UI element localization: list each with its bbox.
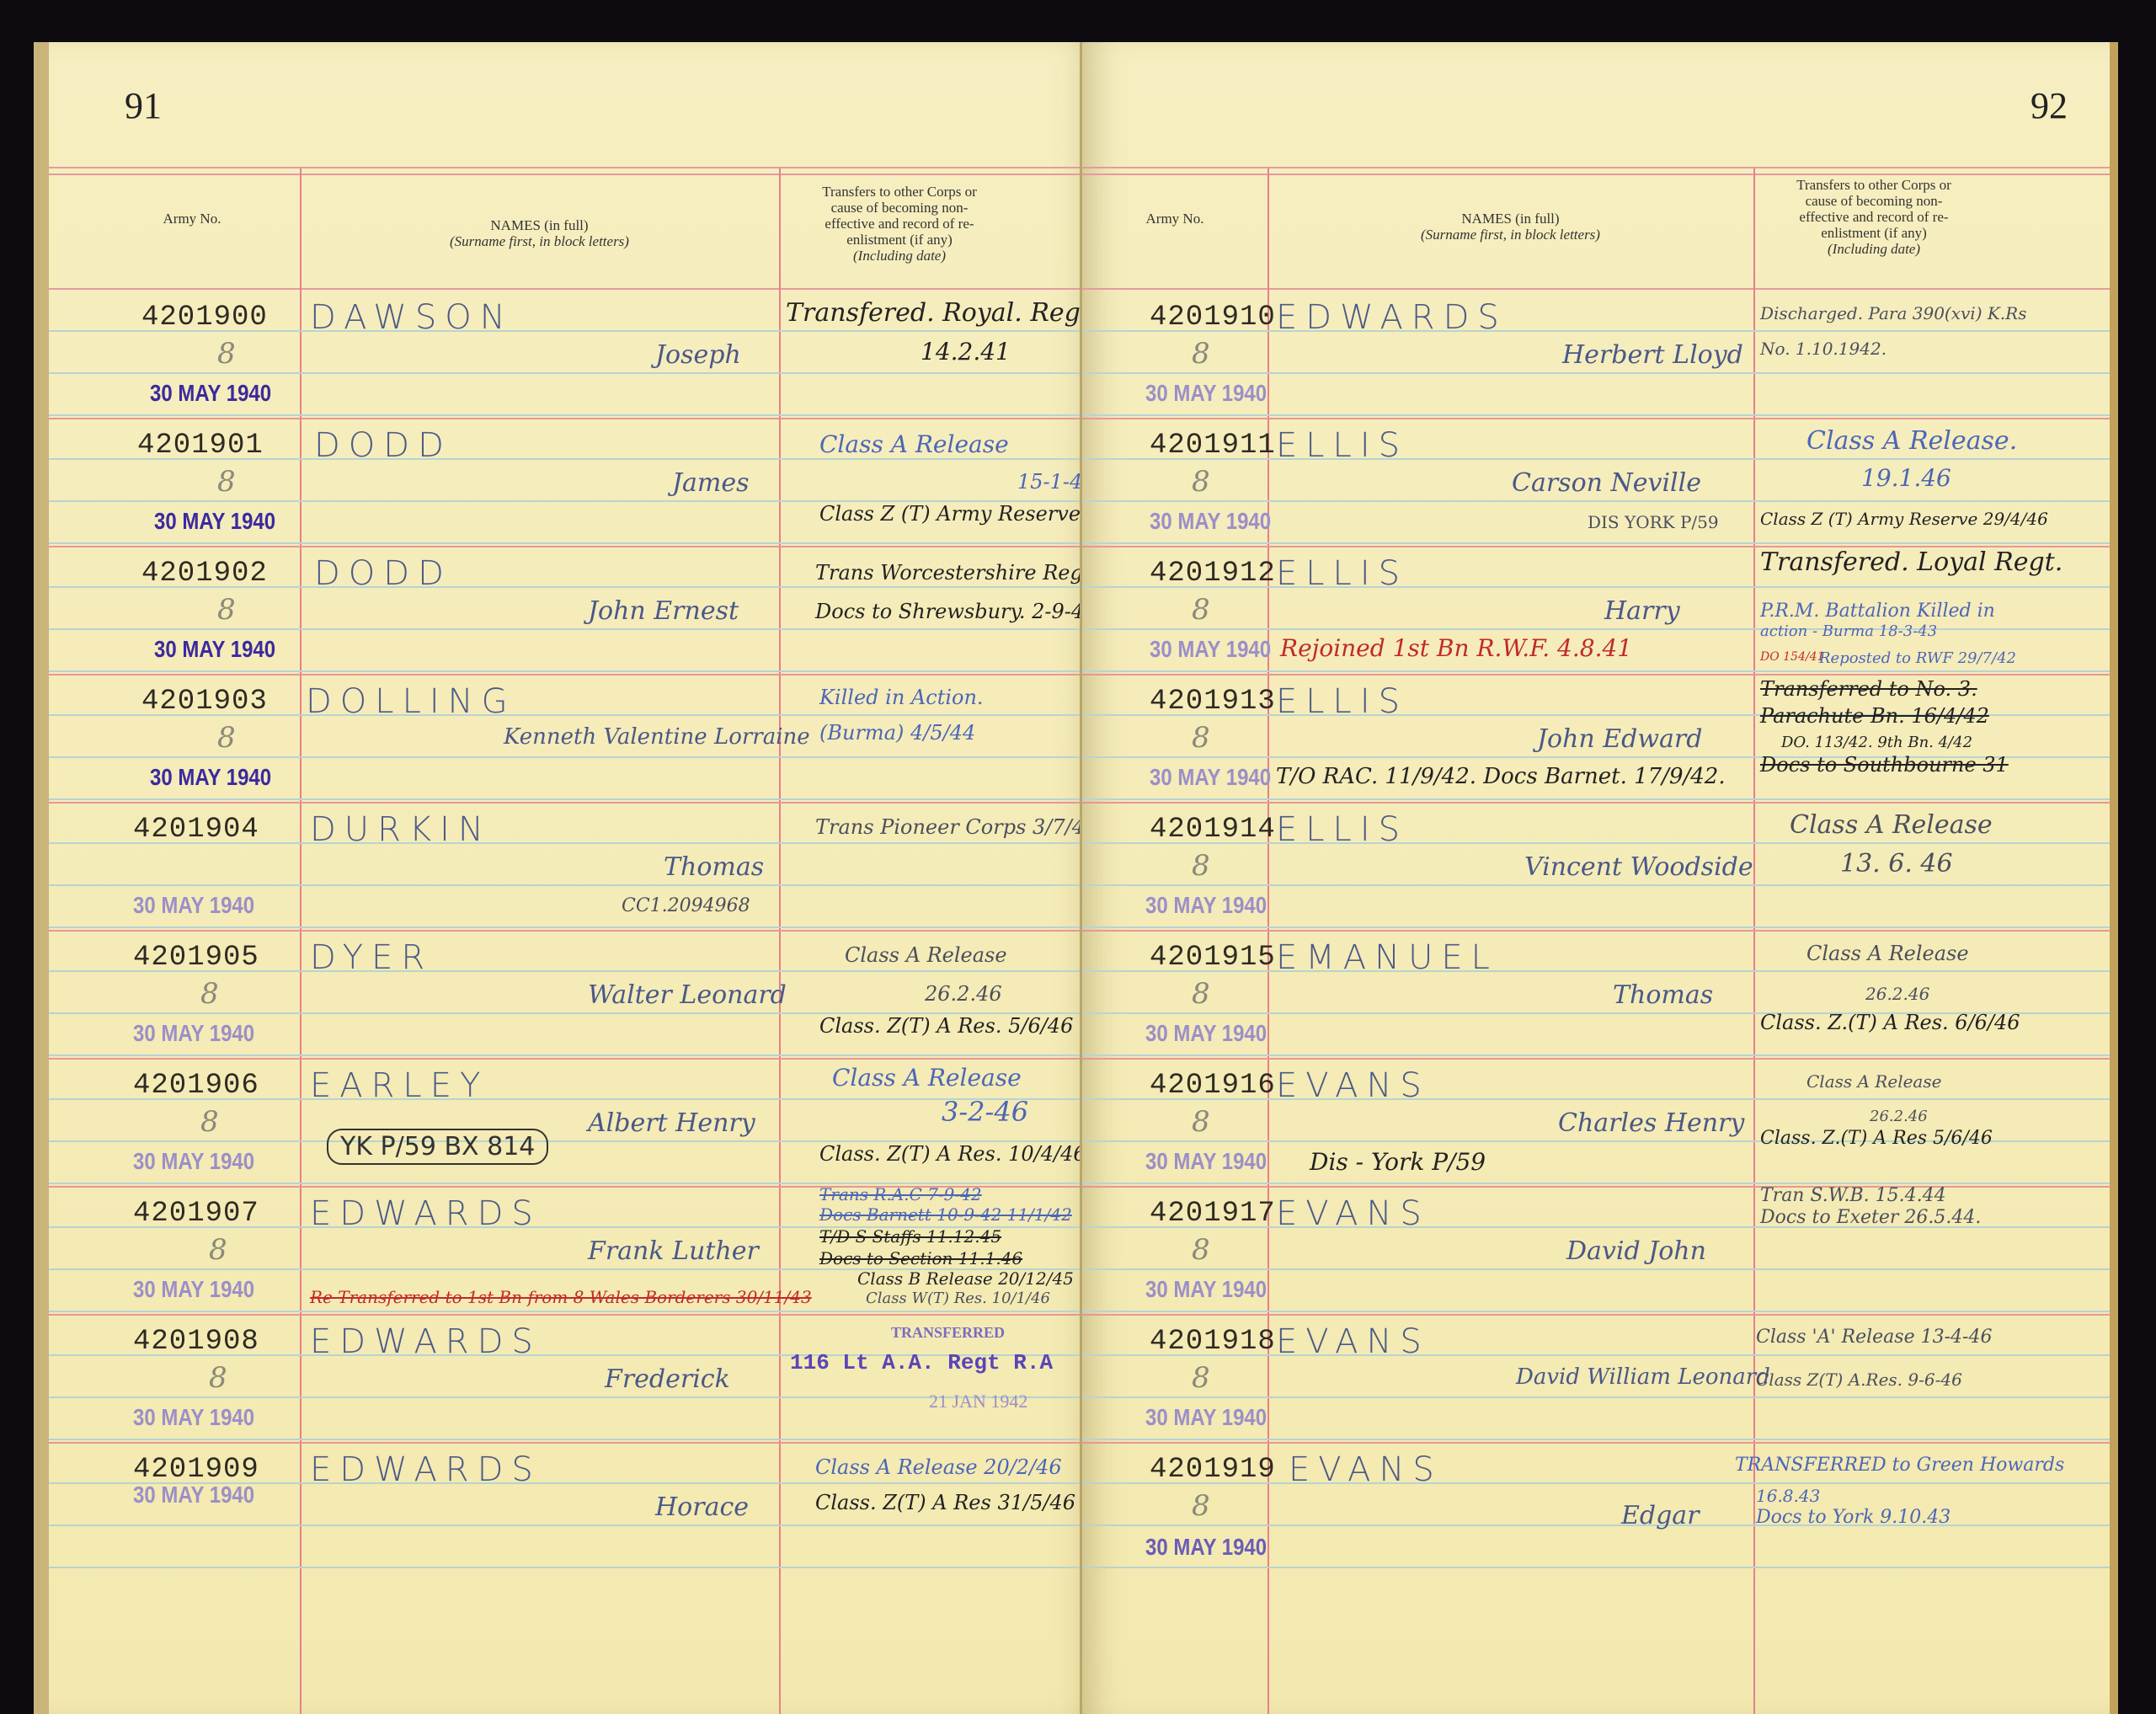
sub-number: 8 bbox=[1192, 1361, 1210, 1395]
transfer-date: 26.2.46 bbox=[1865, 982, 1929, 1006]
table-row: 4201912 8 30 MAY 1940 ELLIS Harry Rejoin… bbox=[1082, 546, 2110, 675]
transfer-note: Class. Z(T) A Res 31/5/46 bbox=[815, 1491, 1075, 1514]
sub-number: 8 bbox=[209, 1233, 227, 1267]
date-stamp: 30 MAY 1940 bbox=[1145, 1277, 1267, 1304]
army-number: 4201909 bbox=[133, 1454, 259, 1486]
transfer-note: action - Burma 18-3-43 bbox=[1760, 620, 1937, 643]
transfer-note: Discharged. Para 390(xvi) K.Rs bbox=[1760, 302, 2026, 325]
transfer-note: Class A Release bbox=[1790, 814, 1993, 837]
sub-number: 8 bbox=[217, 721, 236, 755]
surname: ELLIS bbox=[1276, 426, 1408, 465]
army-number: 4201901 bbox=[137, 430, 264, 462]
army-number: 4201914 bbox=[1150, 814, 1276, 846]
transfer-date: 16.8.43 bbox=[1756, 1484, 1820, 1508]
sub-number: 8 bbox=[217, 593, 236, 627]
date-stamp: 30 MAY 1940 bbox=[1145, 1405, 1267, 1432]
date-stamp: 30 MAY 1940 bbox=[1145, 1535, 1267, 1562]
transfer-note: Reposted to RWF 29/7/42 bbox=[1819, 647, 2016, 670]
transfer-note: T/D S Staffs 11.12.45 bbox=[819, 1225, 1001, 1248]
table-row: 4201917 8 30 MAY 1940 EVANS David John T… bbox=[1082, 1186, 2110, 1316]
date-stamp: 30 MAY 1940 bbox=[150, 381, 271, 408]
right-page: 92 Army No. NAMES (in full) (Surname fir… bbox=[1082, 42, 2118, 1714]
date-stamp: 30 MAY 1940 bbox=[133, 1277, 254, 1304]
table-row: 4201904 30 MAY 1940 DURKIN Thomas CC1.20… bbox=[49, 802, 1097, 932]
transfers-header: Transfers to other Corps or cause of bec… bbox=[1785, 177, 1962, 257]
forenames: Kenneth Valentine Lorraine bbox=[504, 724, 810, 750]
army-number: 4201910 bbox=[1150, 302, 1276, 334]
transfer-date: 26.2.46 bbox=[1870, 1105, 1928, 1129]
table-row: 4201903 8 30 MAY 1940 DOLLING Kenneth Va… bbox=[49, 674, 1097, 804]
surname: EVANS bbox=[1276, 1066, 1430, 1105]
table-row: 4201919 8 30 MAY 1940 EVANS Edgar TRANSF… bbox=[1082, 1442, 2110, 1570]
army-no-header: Army No. bbox=[158, 211, 226, 227]
date-stamp: 30 MAY 1940 bbox=[1150, 509, 1271, 536]
surname: EARLEY bbox=[310, 1066, 488, 1105]
forenames: Vincent Woodside bbox=[1524, 852, 1753, 882]
surname: EVANS bbox=[1276, 1194, 1430, 1233]
transfer-note: Tran S.W.B. 15.4.44 bbox=[1760, 1184, 1946, 1208]
surname: DODD bbox=[314, 426, 452, 465]
table-row: 4201911 8 30 MAY 1940 ELLIS Carson Nevil… bbox=[1082, 418, 2110, 547]
surname: EDWARDS bbox=[310, 1450, 542, 1489]
forenames: Thomas bbox=[1613, 980, 1713, 1010]
transfer-note: Trans Pioneer Corps 3/7/43 bbox=[815, 815, 1097, 839]
army-number: 4201916 bbox=[1150, 1070, 1276, 1102]
transfer-note: Class. Z(T) A Res. 10/4/46 bbox=[819, 1142, 1086, 1166]
red-annotation: Re Transferred to 1st Bn from 8 Wales Bo… bbox=[310, 1285, 812, 1309]
army-number: 4201913 bbox=[1150, 686, 1276, 718]
army-number: 4201917 bbox=[1150, 1198, 1276, 1230]
forenames: Frank Luther bbox=[588, 1236, 759, 1266]
transfer-note: Class. Z.(T) A Res 5/6/46 bbox=[1760, 1127, 1993, 1151]
surname: EMANUEL bbox=[1276, 938, 1498, 977]
date-stamp: 30 MAY 1940 bbox=[133, 1021, 254, 1048]
army-number: 4201911 bbox=[1150, 430, 1276, 462]
table-row: 4201914 8 30 MAY 1940 ELLIS Vincent Wood… bbox=[1082, 802, 2110, 932]
table-row: 4201906 8 30 MAY 1940 EARLEY Albert Henr… bbox=[49, 1058, 1097, 1188]
transfer-note: Docs to York 9.10.43 bbox=[1756, 1506, 1951, 1530]
transfer-note: Class. Z(T) A Res. 5/6/46 bbox=[819, 1014, 1073, 1038]
transfer-note: TRANSFERRED to Green Howards bbox=[1735, 1454, 2064, 1477]
transfer-note: Docs Barnett 10-9-42 11/1/42 bbox=[819, 1203, 1072, 1226]
army-number: 4201908 bbox=[133, 1326, 259, 1358]
transfer-note: Class 'A' Release 13-4-46 bbox=[1756, 1326, 1992, 1349]
date-stamp: 30 MAY 1940 bbox=[1150, 765, 1271, 792]
surname: EDWARDS bbox=[310, 1194, 542, 1233]
transfer-note: Class A Release bbox=[845, 943, 1007, 967]
surname: DURKIN bbox=[310, 810, 492, 849]
page-number: 92 bbox=[2031, 84, 2068, 127]
transfer-note: (Burma) 4/5/44 bbox=[819, 721, 975, 745]
transfer-note: Class W(T) Res. 10/1/46 bbox=[866, 1287, 1050, 1311]
army-number: 4201900 bbox=[141, 302, 268, 334]
forenames: James bbox=[672, 468, 750, 498]
date-stamp: 30 MAY 1940 bbox=[1145, 1021, 1267, 1048]
transfer-note: Docs to Shrewsbury. 2-9-44 bbox=[815, 600, 1097, 623]
surname: DYER bbox=[310, 938, 433, 977]
transfer-note: Transfered. Loyal Regt. bbox=[1760, 551, 2063, 574]
transfer-note: Docs to Exeter 26.5.44. bbox=[1760, 1206, 1981, 1230]
date-stamp: 30 MAY 1940 bbox=[133, 893, 254, 920]
forenames: Joseph bbox=[655, 340, 741, 370]
transfer-note: Class Z(T) A.Res. 9-6-46 bbox=[1756, 1368, 1962, 1391]
date-stamp: 30 MAY 1940 bbox=[150, 765, 271, 792]
table-row: 4201910 8 30 MAY 1940 EDWARDS Herbert Ll… bbox=[1082, 290, 2110, 419]
header-rule bbox=[49, 167, 1097, 175]
date-stamp: 30 MAY 1940 bbox=[133, 1482, 254, 1509]
forenames: John Edward bbox=[1537, 724, 1702, 754]
sub-number: 8 bbox=[217, 465, 236, 499]
forenames: Horace bbox=[655, 1492, 749, 1522]
ledger-book: 91 Army No. NAMES (in full) (Surname fir… bbox=[0, 25, 2122, 1714]
table-row: 4201905 8 30 MAY 1940 DYER Walter Leonar… bbox=[49, 930, 1097, 1060]
table-row: 4201915 8 30 MAY 1940 EMANUEL Thomas Cla… bbox=[1082, 930, 2110, 1060]
left-page: 91 Army No. NAMES (in full) (Surname fir… bbox=[34, 42, 1097, 1714]
surname: ELLIS bbox=[1276, 682, 1408, 721]
reference-note: DIS YORK P/59 bbox=[1588, 510, 1719, 534]
army-number: 4201904 bbox=[133, 814, 259, 846]
date-stamp: 30 MAY 1940 bbox=[154, 509, 275, 536]
transfer-note: Class A Release bbox=[1806, 942, 1969, 965]
sub-number: 8 bbox=[1192, 1233, 1210, 1267]
transfer-note: DO. 113/42. 9th Bn. 4/42 bbox=[1781, 731, 1972, 755]
forenames: David John bbox=[1566, 1236, 1706, 1266]
transfer-note: Class. Z.(T) A Res. 6/6/46 bbox=[1760, 1011, 2020, 1034]
reference-note: CC1.2094968 bbox=[622, 894, 750, 918]
transfer-note: Parachute Bn. 16/4/42 bbox=[1760, 704, 1989, 728]
army-no-header: Army No. bbox=[1133, 211, 1217, 227]
army-number: 4201918 bbox=[1150, 1326, 1276, 1358]
forenames: Albert Henry bbox=[588, 1108, 755, 1138]
army-number: 4201906 bbox=[133, 1070, 259, 1102]
red-annotation: Rejoined 1st Bn R.W.F. 4.8.41 bbox=[1280, 637, 1632, 660]
army-number: 4201905 bbox=[133, 942, 259, 974]
transfers-header: Transfers to other Corps or cause of bec… bbox=[811, 184, 988, 264]
sub-number: 8 bbox=[1192, 593, 1210, 627]
forenames: David William Leonard bbox=[1516, 1364, 1770, 1390]
transfer-date: 14.2.41 bbox=[921, 340, 1011, 364]
sub-number: 8 bbox=[1192, 1105, 1210, 1139]
transfer-date: 13. 6. 46 bbox=[1840, 852, 1953, 876]
date-stamp: 30 MAY 1940 bbox=[1145, 893, 1267, 920]
date-stamp: 30 MAY 1940 bbox=[133, 1405, 254, 1432]
circled-reference: YK P/59 BX 814 bbox=[327, 1135, 548, 1160]
forenames: Charles Henry bbox=[1558, 1108, 1744, 1138]
date-stamp: 30 MAY 1940 bbox=[1145, 1149, 1267, 1176]
transferred-stamp: TRANSFERRED bbox=[891, 1321, 1005, 1344]
date-stamp: 30 MAY 1940 bbox=[133, 1149, 254, 1176]
forenames: Edgar bbox=[1621, 1501, 1700, 1530]
table-row: 4201908 8 30 MAY 1940 EDWARDS Frederick … bbox=[49, 1314, 1097, 1444]
army-number: 4201912 bbox=[1150, 558, 1276, 590]
sub-number: 8 bbox=[1192, 337, 1210, 371]
header-rule bbox=[1082, 167, 2110, 175]
table-row: 4201907 8 30 MAY 1940 EDWARDS Frank Luth… bbox=[49, 1186, 1097, 1316]
transfer-date: 26.2.46 bbox=[925, 982, 1002, 1006]
page-number: 91 bbox=[125, 84, 162, 127]
forenames: John Ernest bbox=[588, 596, 739, 626]
sub-number: 8 bbox=[200, 1105, 219, 1139]
table-row: 4201916 8 30 MAY 1940 EVANS Charles Henr… bbox=[1082, 1058, 2110, 1188]
table-row: 4201909 30 MAY 1940 EDWARDS Horace Class… bbox=[49, 1442, 1097, 1570]
names-header: NAMES (in full) (Surname first, in block… bbox=[302, 217, 777, 249]
table-row: 4201913 8 30 MAY 1940 ELLIS John Edward … bbox=[1082, 674, 2110, 804]
surname: EVANS bbox=[1276, 1322, 1430, 1361]
forenames: Herbert Lloyd bbox=[1562, 340, 1743, 370]
surname: EDWARDS bbox=[310, 1322, 542, 1361]
transfer-note: T/O RAC. 11/9/42. Docs Barnet. 17/9/42. bbox=[1276, 765, 1726, 788]
transfer-note: Class A Release 20/2/46 bbox=[815, 1455, 1062, 1479]
transfer-date: 3-2-46 bbox=[942, 1100, 1028, 1124]
table-row: 4201902 8 30 MAY 1940 DODD John Ernest T… bbox=[49, 546, 1097, 675]
transfer-note: No. 1.10.1942. bbox=[1760, 337, 1886, 360]
date-stamp: 30 MAY 1940 bbox=[1145, 381, 1267, 408]
surname: EVANS bbox=[1289, 1450, 1443, 1489]
surname: DAWSON bbox=[310, 298, 514, 337]
forenames: Thomas bbox=[664, 852, 764, 882]
surname: DODD bbox=[314, 554, 452, 593]
sub-number: 8 bbox=[1192, 465, 1210, 499]
transfer-date: 19.1.46 bbox=[1861, 467, 1951, 490]
transfer-note: Class A Release bbox=[832, 1066, 1022, 1090]
forenames: Frederick bbox=[605, 1364, 730, 1394]
forenames: Carson Neville bbox=[1512, 468, 1701, 498]
surname: ELLIS bbox=[1276, 810, 1408, 849]
transfer-note: Killed in Action. bbox=[819, 686, 984, 709]
transfer-note: Docs to Southbourne 31 bbox=[1760, 753, 2009, 777]
sub-number: 8 bbox=[200, 977, 219, 1011]
table-row: 4201918 8 30 MAY 1940 EVANS David Willia… bbox=[1082, 1314, 2110, 1444]
sub-number: 8 bbox=[217, 337, 236, 371]
transfer-note: Transfered. Royal. Regt bbox=[786, 302, 1091, 325]
discharge-note: Dis - York P/59 bbox=[1310, 1151, 1486, 1174]
sub-number: 8 bbox=[1192, 1489, 1210, 1523]
table-row: 4201900 8 30 MAY 1940 DAWSON Joseph Tran… bbox=[49, 290, 1097, 419]
surname: DOLLING bbox=[306, 682, 516, 721]
date-stamp: 21 JAN 1942 bbox=[929, 1390, 1027, 1413]
army-number: 4201903 bbox=[141, 686, 268, 718]
army-number: 4201902 bbox=[141, 558, 268, 590]
sub-number: 8 bbox=[1192, 721, 1210, 755]
date-stamp: 30 MAY 1940 bbox=[1150, 637, 1271, 664]
forenames: Harry bbox=[1604, 596, 1680, 626]
transfer-note: Transferred to No. 3. bbox=[1760, 677, 1977, 701]
army-number: 4201907 bbox=[133, 1198, 259, 1230]
red-reference: DO 154/41 bbox=[1760, 645, 1824, 669]
names-header: NAMES (in full) (Surname first, in block… bbox=[1269, 211, 1752, 243]
sub-number: 8 bbox=[1192, 849, 1210, 883]
army-number: 4201915 bbox=[1150, 942, 1276, 974]
transfer-note: Class A Release. bbox=[1806, 430, 2017, 453]
forenames: Walter Leonard bbox=[588, 980, 787, 1010]
sub-number: 8 bbox=[1192, 977, 1210, 1011]
transfer-note: Class A Release bbox=[1806, 1070, 1941, 1093]
unit-stamp: 116 Lt A.A. Regt R.A bbox=[790, 1351, 1053, 1375]
transfer-note: Class Z (T) Army Reserve 29/4/46 bbox=[1760, 507, 2048, 531]
table-row: 4201901 8 30 MAY 1940 DODD James Class A… bbox=[49, 418, 1097, 547]
army-number: 4201919 bbox=[1150, 1454, 1276, 1486]
sub-number: 8 bbox=[209, 1361, 227, 1395]
date-stamp: 30 MAY 1940 bbox=[154, 637, 275, 664]
transfer-note: Class A Release bbox=[819, 433, 1009, 457]
surname: ELLIS bbox=[1276, 554, 1408, 593]
surname: EDWARDS bbox=[1276, 298, 1508, 337]
